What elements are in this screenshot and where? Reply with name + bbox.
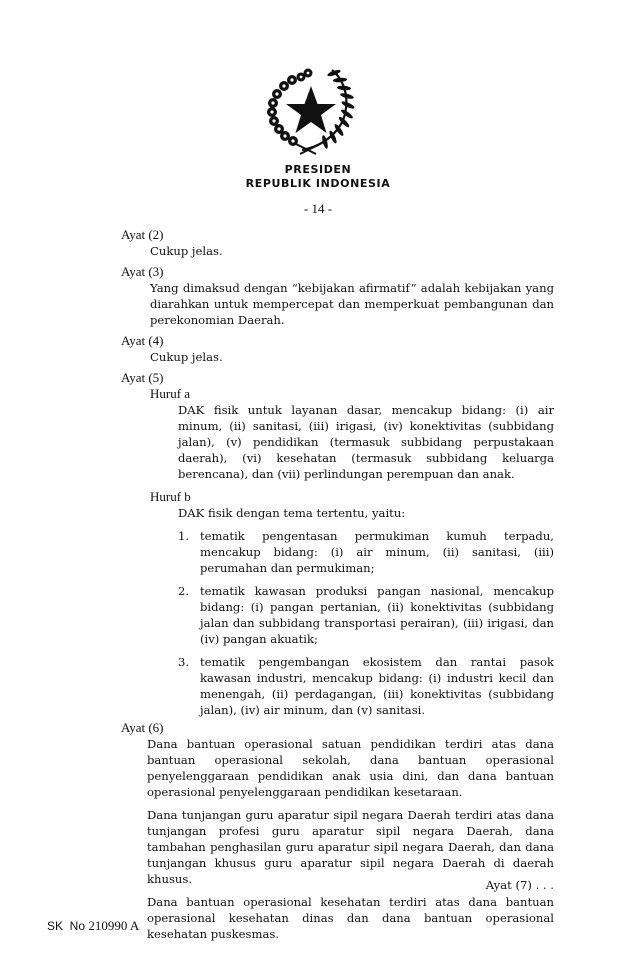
header-republic: REPUBLIK INDONESIA	[6, 177, 624, 190]
huruf-a-label: Huruf a	[150, 386, 554, 402]
ayat-2-label: Ayat (2)	[121, 227, 554, 243]
list-item-number: 2.	[178, 583, 200, 647]
document-code: SK No 210990 A	[47, 918, 139, 934]
ayat-4-text: Cukup jelas.	[150, 349, 554, 365]
list-item: 1. tematik pengentasan permukiman kumuh …	[178, 528, 554, 576]
list-item: 3. tematik pengembangan ekosistem dan ra…	[178, 654, 554, 718]
ayat-6-paragraph: Dana tunjangan guru aparatur sipil negar…	[147, 807, 554, 887]
ayat-3-text: Yang dimaksud dengan “kebijakan afirmati…	[150, 280, 554, 328]
ayat-6-label: Ayat (6)	[121, 720, 554, 736]
huruf-b-intro: DAK fisik dengan tema tertentu, yaitu:	[178, 505, 554, 521]
list-item-number: 1.	[178, 528, 200, 576]
header-president: PRESIDEN	[6, 163, 624, 176]
page-number: - 14 -	[6, 201, 624, 217]
huruf-a-text: DAK fisik untuk layanan dasar, mencakup …	[178, 402, 554, 482]
ayat-2-text: Cukup jelas.	[150, 243, 554, 259]
document-code-number: 210990 A	[88, 918, 139, 933]
document-code-prefix: SK No	[47, 919, 85, 933]
list-item-text: tematik pengentasan permukiman kumuh ter…	[200, 528, 554, 576]
ayat-5-label: Ayat (5)	[121, 370, 554, 386]
document-body: Ayat (2) Cukup jelas. Ayat (3) Yang dima…	[121, 227, 554, 942]
ayat-4-label: Ayat (4)	[121, 333, 554, 349]
ayat-3-label: Ayat (3)	[121, 264, 554, 280]
list-item: 2. tematik kawasan produksi pangan nasio…	[178, 583, 554, 647]
presidential-emblem	[262, 64, 358, 156]
continuation-marker: Ayat (7) . . .	[486, 878, 554, 892]
ayat-6-paragraph: Dana bantuan operasional kesehatan terdi…	[147, 894, 554, 942]
list-item-number: 3.	[178, 654, 200, 718]
list-item-text: tematik pengembangan ekosistem dan ranta…	[200, 654, 554, 718]
ayat-6-paragraph: Dana bantuan operasional satuan pendidik…	[147, 736, 554, 800]
list-item-text: tematik kawasan produksi pangan nasional…	[200, 583, 554, 647]
huruf-b-label: Huruf b	[150, 489, 554, 505]
star-wreath-icon	[262, 64, 358, 156]
